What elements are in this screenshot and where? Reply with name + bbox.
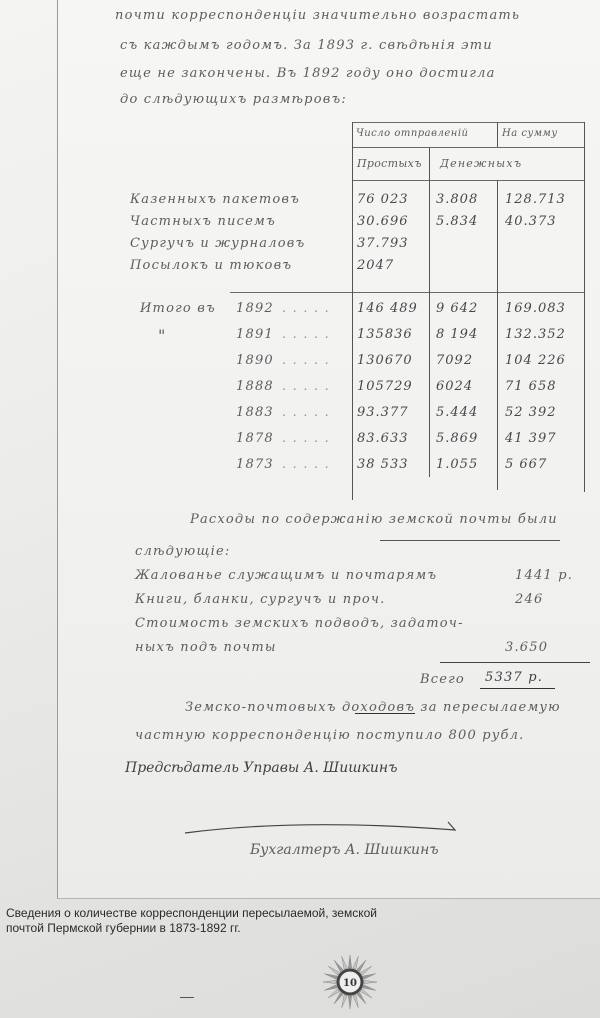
signature-flourish (180, 800, 460, 840)
expense-item-label: Стоимость земскихъ подводъ, задаточ- (135, 616, 464, 631)
category-label: Посылокъ и тюковъ (130, 258, 292, 273)
year-money: 1.055 (436, 457, 478, 472)
category-money: 5.834 (436, 214, 478, 229)
signature-accountant: Бухгалтеръ А. Шишкинъ (250, 842, 439, 858)
expense-item-amount: 1441 р. (515, 568, 573, 583)
intro-line-4: до слѣдующихъ размѣровъ: (120, 92, 347, 107)
year-simple: 130670 (357, 353, 413, 368)
dot-leader: . . . . . (282, 379, 330, 394)
year-simple: 38 533 (357, 457, 409, 472)
totals-label: Итого въ (140, 301, 216, 316)
category-sum: 40.373 (505, 214, 557, 229)
year-sum: 41 397 (505, 431, 557, 446)
year-simple: 105729 (357, 379, 413, 394)
expenses-heading-2: слѣдующіе: (135, 544, 231, 559)
year-simple: 93.377 (357, 405, 409, 420)
category-label: Казенныхъ пакетовъ (130, 192, 300, 207)
category-label: Частныхъ писемъ (130, 214, 276, 229)
category-label: Сургучъ и журналовъ (130, 236, 305, 251)
year-label: 1890 (236, 353, 274, 368)
category-simple: 30.696 (357, 214, 409, 229)
expense-item-label: ныхъ подъ почты (135, 640, 277, 655)
dot-leader: . . . . . (282, 327, 330, 342)
year-money: 6024 (436, 379, 473, 394)
year-money: 5.444 (436, 405, 478, 420)
intro-line-1: почти корреспонденціи значительно возрас… (115, 8, 520, 23)
header-count: Число отправленій (356, 128, 468, 139)
year-sum: 169.083 (505, 301, 566, 316)
caption-line-1: Сведения о количестве корреспонденции пе… (6, 906, 426, 921)
year-money: 9 642 (436, 301, 478, 316)
year-label: 1892 (236, 301, 274, 316)
year-simple: 83.633 (357, 431, 409, 446)
dot-leader: . . . . . (282, 431, 330, 446)
category-simple: 2047 (357, 258, 394, 273)
category-simple: 37.793 (357, 236, 409, 251)
header-simple: Простыхъ (357, 157, 422, 170)
year-label: 1888 (236, 379, 274, 394)
year-label: 1878 (236, 431, 274, 446)
header-money: Денежныхъ (440, 157, 522, 170)
caption-line-2: почтой Пермской губернии в 1873-1892 гг. (6, 921, 426, 936)
signature-chairman: Предсѣдатель Управы А. Шишкинъ (125, 760, 397, 776)
expense-item-amount: 246 (515, 592, 543, 607)
year-label: 1873 (236, 457, 274, 472)
year-label: 1891 (236, 327, 274, 342)
year-money: 8 194 (436, 327, 478, 342)
year-money: 5.869 (436, 431, 478, 446)
intro-line-3: еще не закончены. Въ 1892 году оно дости… (120, 66, 496, 81)
page-number-medallion-icon: 10 (322, 954, 378, 1010)
dot-leader: . . . . . (282, 353, 330, 368)
page-number: 10 (343, 978, 357, 989)
expenses-total-amount: 5337 р. (485, 670, 543, 685)
dot-leader: . . . . . (282, 405, 330, 420)
expenses-heading: Расходы по содержанію земской почты были (190, 512, 558, 527)
year-sum: 132.352 (505, 327, 566, 342)
income-line-2: частную корреспонденцію поступило 800 ру… (135, 728, 524, 743)
year-simple: 146 489 (357, 301, 418, 316)
header-sum: На сумму (502, 128, 558, 139)
year-simple: 135836 (357, 327, 413, 342)
expense-item-label: Книги, бланки, сургучъ и проч. (135, 592, 386, 607)
expense-item-label: Жалованье служащимъ и почтарямъ (135, 568, 437, 583)
category-simple: 76 023 (357, 192, 409, 207)
year-sum: 71 658 (505, 379, 557, 394)
totals-ditto: " (158, 326, 167, 345)
category-money: 3.808 (436, 192, 478, 207)
year-sum: 104 226 (505, 353, 566, 368)
year-label: 1883 (236, 405, 274, 420)
expense-item-amount: 3.650 (505, 640, 548, 655)
category-sum: 128.713 (505, 192, 566, 207)
year-money: 7092 (436, 353, 473, 368)
caption: Сведения о количестве корреспонденции пе… (6, 906, 426, 936)
year-sum: 5 667 (505, 457, 547, 472)
expenses-total-label: Всего (420, 672, 465, 687)
dot-leader: . . . . . (282, 457, 330, 472)
year-sum: 52 392 (505, 405, 557, 420)
dot-leader: . . . . . (282, 301, 330, 316)
intro-line-2: съ каждымъ годомъ. За 1893 г. свѣдѣнія э… (120, 38, 493, 53)
